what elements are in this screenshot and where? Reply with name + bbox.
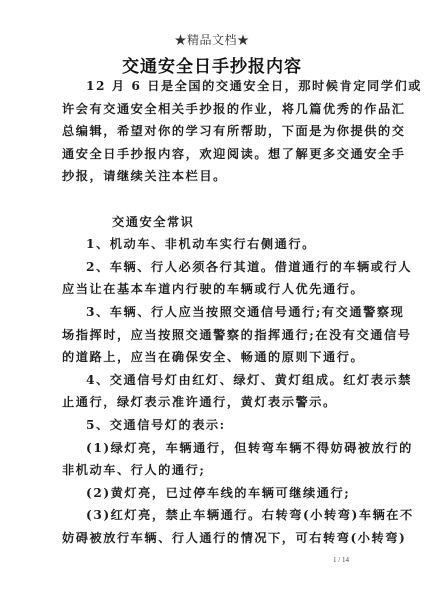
rule-line: (1)绿灯亮，车辆通行，但转弯车辆不得妨碍被放行的 — [62, 437, 354, 460]
intro-line: 总编辑，希望对你的学习有所帮助，下面是为你提供的交 — [62, 120, 354, 143]
page-number: 1 / 14 — [333, 556, 349, 564]
paragraph-gap — [62, 188, 354, 211]
rule-line: (2)黄灯亮，已过停车线的车辆可继续通行; — [62, 482, 354, 505]
document-page: ★精品文档★ 交通安全日手抄报内容 12 月 6 日是全国的交通安全日，那时候肯… — [0, 0, 424, 600]
rule-line: 1、机动车、非机动车实行右侧通行。 — [62, 233, 354, 256]
intro-line: 通安全日手抄报内容，欢迎阅读。想了解更多交通安全手 — [62, 143, 354, 166]
rule-line: 止通行，绿灯表示准许通行，黄灯表示警示。 — [62, 391, 354, 414]
rule-line: 妨碍被放行车辆、行人通行的情况下，可右转弯(小转弯) — [62, 527, 354, 550]
rule-line: 2、车辆、行人必须各行其道。借道通行的车辆或行人 — [62, 256, 354, 279]
rule-line: (3)红灯亮，禁止车辆通行。右转弯(小转弯)车辆在不 — [62, 504, 354, 527]
rule-line: 非机动车、行人的通行; — [62, 459, 354, 482]
intro-line: 许会有交通安全相关手抄报的作业，将几篇优秀的作品汇 — [62, 98, 354, 121]
rule-line: 5、交通信号灯的表示: — [62, 414, 354, 437]
rule-line: 的道路上，应当在确保安全、畅通的原则下通行。 — [62, 346, 354, 369]
rule-line: 4、交通信号灯由红灯、绿灯、黄灯组成。红灯表示禁 — [62, 369, 354, 392]
document-title: 交通安全日手抄报内容 — [0, 52, 424, 77]
rule-line: 3、车辆、行人应当按照交通信号通行;有交通警察现 — [62, 301, 354, 324]
section-heading: 交通安全常识 — [62, 211, 354, 234]
rule-line: 应当让在基本车道内行驶的车辆或行人优先通行。 — [62, 278, 354, 301]
intro-line: 12 月 6 日是全国的交通安全日，那时候肯定同学们或 — [62, 75, 354, 98]
rule-line: 场指挥时，应当按照交通警察的指挥通行;在没有交通信号 — [62, 324, 354, 347]
document-body: 12 月 6 日是全国的交通安全日，那时候肯定同学们或 许会有交通安全相关手抄报… — [62, 75, 354, 549]
intro-line: 抄报，请继续关注本栏目。 — [62, 165, 354, 188]
document-banner: ★精品文档★ — [0, 31, 424, 48]
